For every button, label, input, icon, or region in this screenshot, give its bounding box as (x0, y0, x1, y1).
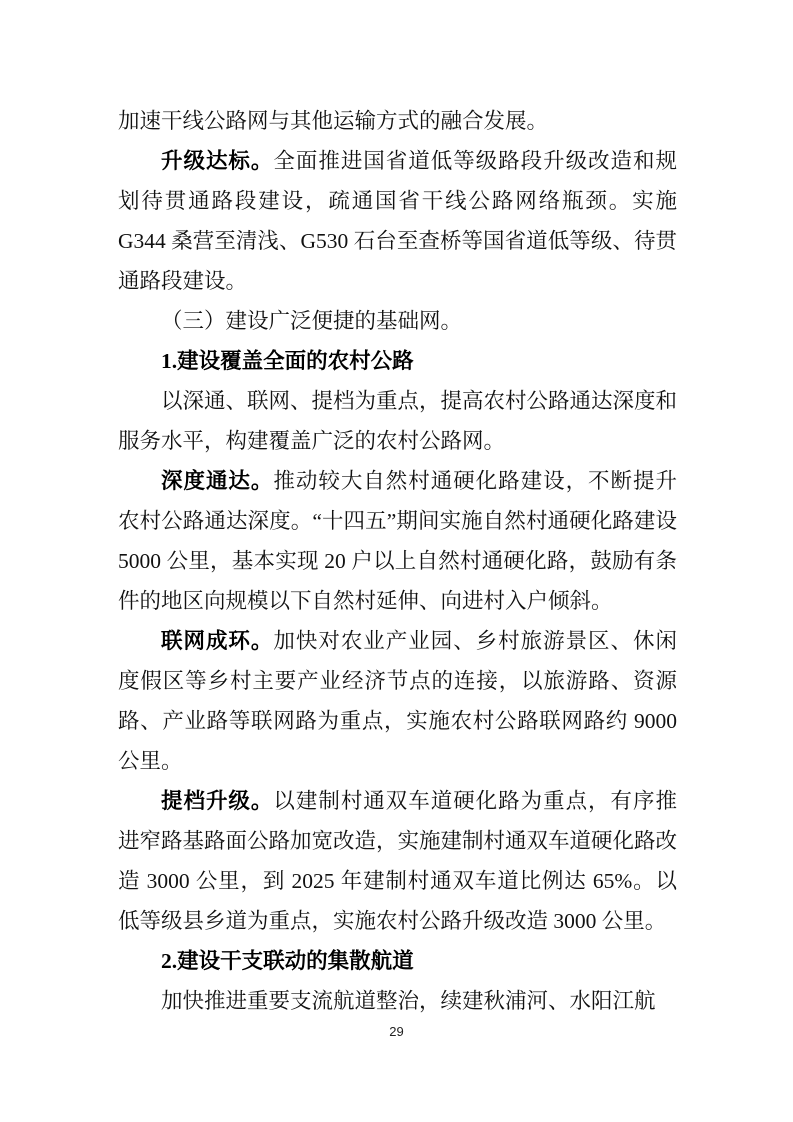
paragraph: 联网成环。加快对农业产业园、乡村旅游景区、休闲度假区等乡村主要产业经济节点的连接… (118, 621, 677, 781)
paragraph: 升级达标。全面推进国省道低等级路段升级改造和规划待贯通路段建设，疏通国省干线公路… (118, 141, 677, 301)
document-page: 加速干线公路网与其他运输方式的融合发展。升级达标。全面推进国省道低等级路段升级改… (0, 0, 793, 1122)
paragraph: 加速干线公路网与其他运输方式的融合发展。 (118, 101, 677, 141)
paragraph-lead: 提档升级。 (161, 789, 273, 813)
section-heading: 1.建设覆盖全面的农村公路 (118, 341, 677, 381)
paragraph-lead: 升级达标。 (161, 149, 273, 173)
paragraph: （三）建设广泛便捷的基础网。 (118, 301, 677, 341)
paragraph: 深度通达。推动较大自然村通硬化路建设，不断提升农村公路通达深度。“十四五”期间实… (118, 461, 677, 621)
paragraph: 加快推进重要支流航道整治，续建秋浦河、水阳江航 (118, 981, 677, 1021)
section-heading: 2.建设干支联动的集散航道 (118, 941, 677, 981)
paragraph: 提档升级。以建制村通双车道硬化路为重点，有序推进窄路基路面公路加宽改造，实施建制… (118, 781, 677, 941)
paragraph-lead: 深度通达。 (161, 469, 273, 493)
paragraph-lead: 联网成环。 (161, 629, 273, 653)
page-number: 29 (0, 1024, 793, 1039)
paragraph: 以深通、联网、提档为重点，提高农村公路通达深度和服务水平，构建覆盖广泛的农村公路… (118, 381, 677, 461)
document-body: 加速干线公路网与其他运输方式的融合发展。升级达标。全面推进国省道低等级路段升级改… (118, 101, 677, 1021)
